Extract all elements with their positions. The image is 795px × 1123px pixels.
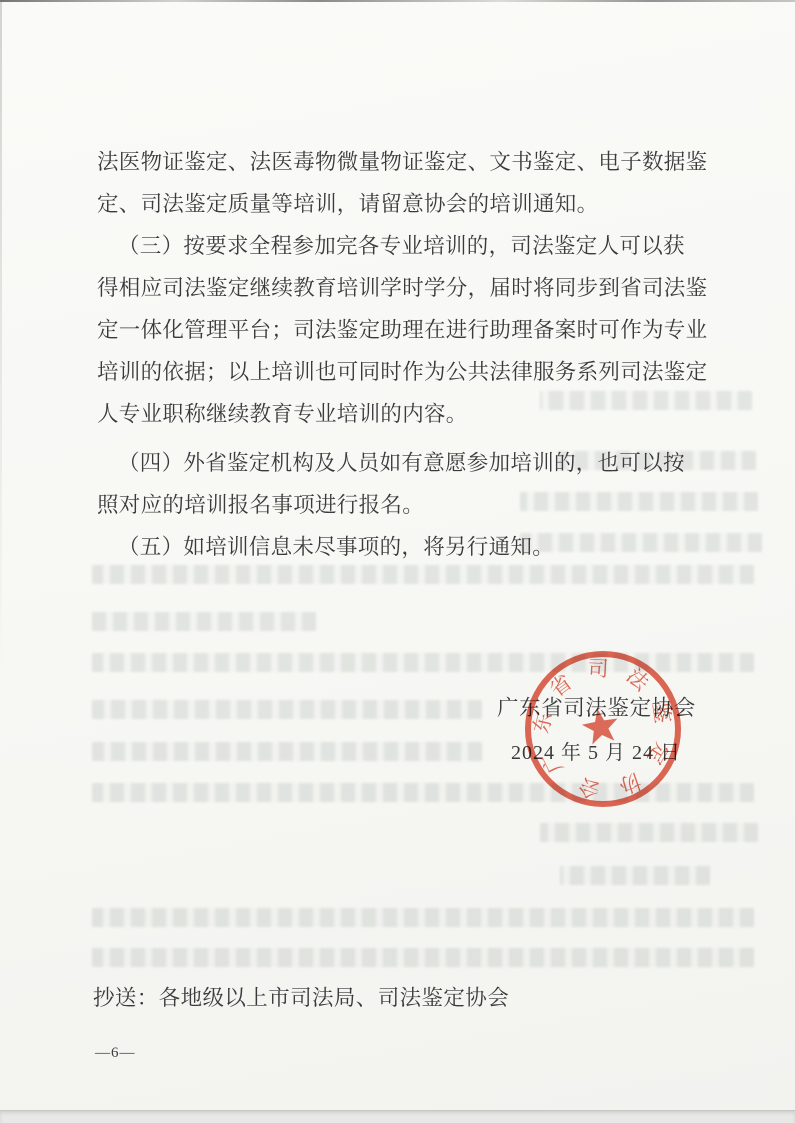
star-icon — [580, 706, 622, 746]
body-line: 定一体化管理平台；司法鉴定助理在进行助理备案时可作为专业 — [97, 309, 709, 351]
body-line: 人专业职称继续教育专业培训的内容。 — [97, 393, 709, 435]
bleedthrough-row — [540, 823, 758, 842]
scanned-document-page: 法医物证鉴定、法医毒物微量物证鉴定、文书鉴定、电子数据鉴 定、司法鉴定质量等培训… — [0, 0, 795, 1123]
bleedthrough-row — [92, 742, 482, 761]
bleedthrough-row — [92, 908, 754, 927]
body-line: 得相应司法鉴定继续教育培训学时学分，届时将同步到省司法鉴 — [97, 267, 709, 309]
bleedthrough-row — [92, 612, 316, 631]
body-line: 法医物证鉴定、法医毒物微量物证鉴定、文书鉴定、电子数据鉴 — [97, 141, 709, 183]
body-line: 培训的依据；以上培训也可同时作为公共法律服务系列司法鉴定 — [97, 351, 709, 393]
scan-bottom-edge — [0, 1110, 795, 1123]
body-line: （三）按要求全程参加完各专业培训的，司法鉴定人可以获 — [97, 225, 709, 267]
body-line: （四）外省鉴定机构及人员如有意愿参加培训的，也可以按 — [97, 442, 709, 484]
body-text-block: 法医物证鉴定、法医毒物微量物证鉴定、文书鉴定、电子数据鉴 定、司法鉴定质量等培训… — [97, 141, 709, 568]
scan-top-edge — [0, 0, 795, 2]
body-line: 定、司法鉴定质量等培训，请留意协会的培训通知。 — [97, 183, 709, 225]
body-line: 照对应的培训报名事项进行报名。 — [97, 484, 709, 526]
bleedthrough-row — [92, 700, 482, 719]
official-seal: 广东省司法鉴定协会 — [521, 647, 685, 811]
bleedthrough-row — [92, 948, 754, 967]
bleedthrough-row — [560, 866, 710, 885]
page-number: —6— — [95, 1045, 136, 1062]
cc-line: 抄送：各地级以上市司法局、司法鉴定协会 — [93, 981, 509, 1012]
body-line: （五）如培训信息未尽事项的，将另行通知。 — [97, 526, 709, 568]
scan-left-edge — [0, 0, 2, 674]
